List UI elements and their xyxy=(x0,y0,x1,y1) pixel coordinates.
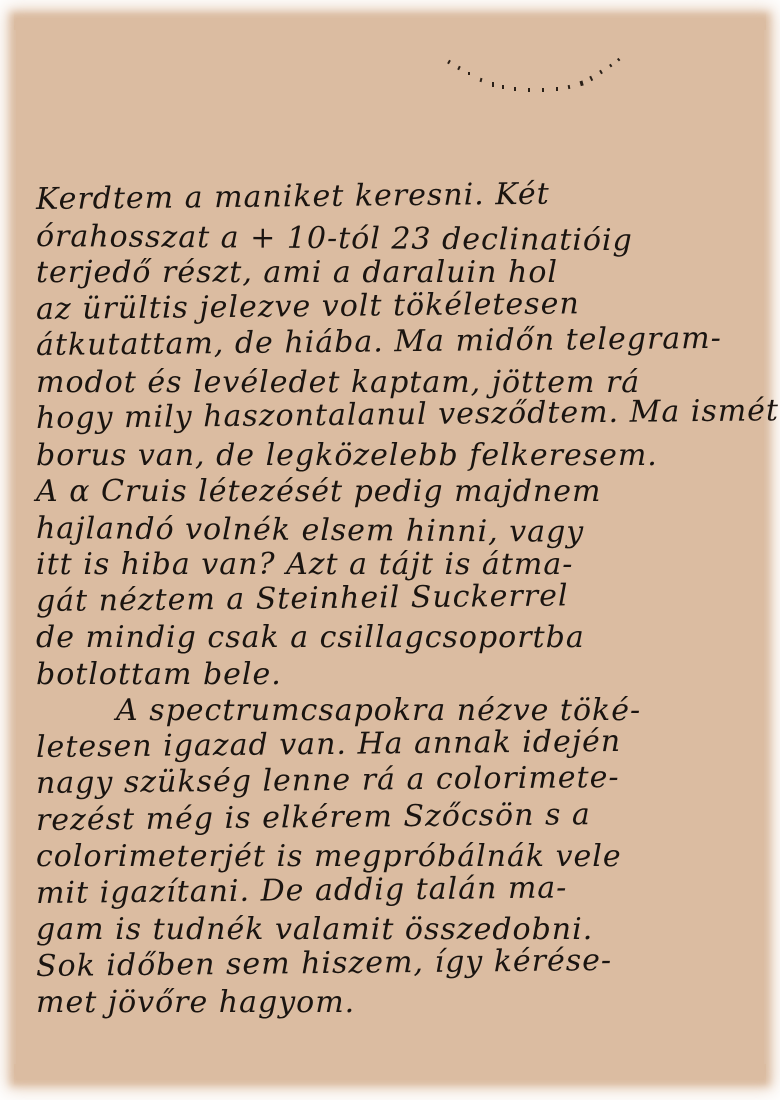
letter-line: hajlandó volnék elsem hinni, vagy xyxy=(36,511,736,552)
letter-line: Kerdtem a maniket keresni. Két xyxy=(36,175,736,219)
faint-stamp-arc-icon xyxy=(440,48,670,118)
letter-line: gát néztem a Steinheil Suckerrel xyxy=(36,576,736,620)
letter-line: mit igazítani. De addig talán ma- xyxy=(36,868,736,912)
letter-text: Kerdtem a maniket keresni. Két órahossza… xyxy=(36,182,736,1022)
letter-line: met jövőre hagyom. xyxy=(36,985,736,1022)
letter-line: hogy mily haszontalanul vesződtem. Ma is… xyxy=(36,394,736,438)
letter-line: rezést még is elkérem Szőcsön s a xyxy=(36,795,736,839)
letter-line: de mindig csak a csillagcsoportba xyxy=(36,620,736,657)
letter-line: órahosszat a + 10-tól 23 declinatióig xyxy=(36,219,736,260)
letter-line: átkutattam, de hiába. Ma midőn telegram- xyxy=(36,321,736,365)
letter-line: botlottam bele. xyxy=(36,657,736,694)
letter-line: A α Cruis létezését pedig majdnem xyxy=(36,474,736,511)
paper-edge-bottom xyxy=(14,1064,766,1086)
letter-line: borus van, de legközelebb felkeresem. xyxy=(36,438,736,475)
letter-line: Sok időben sem hiszem, így kérése- xyxy=(36,941,736,985)
